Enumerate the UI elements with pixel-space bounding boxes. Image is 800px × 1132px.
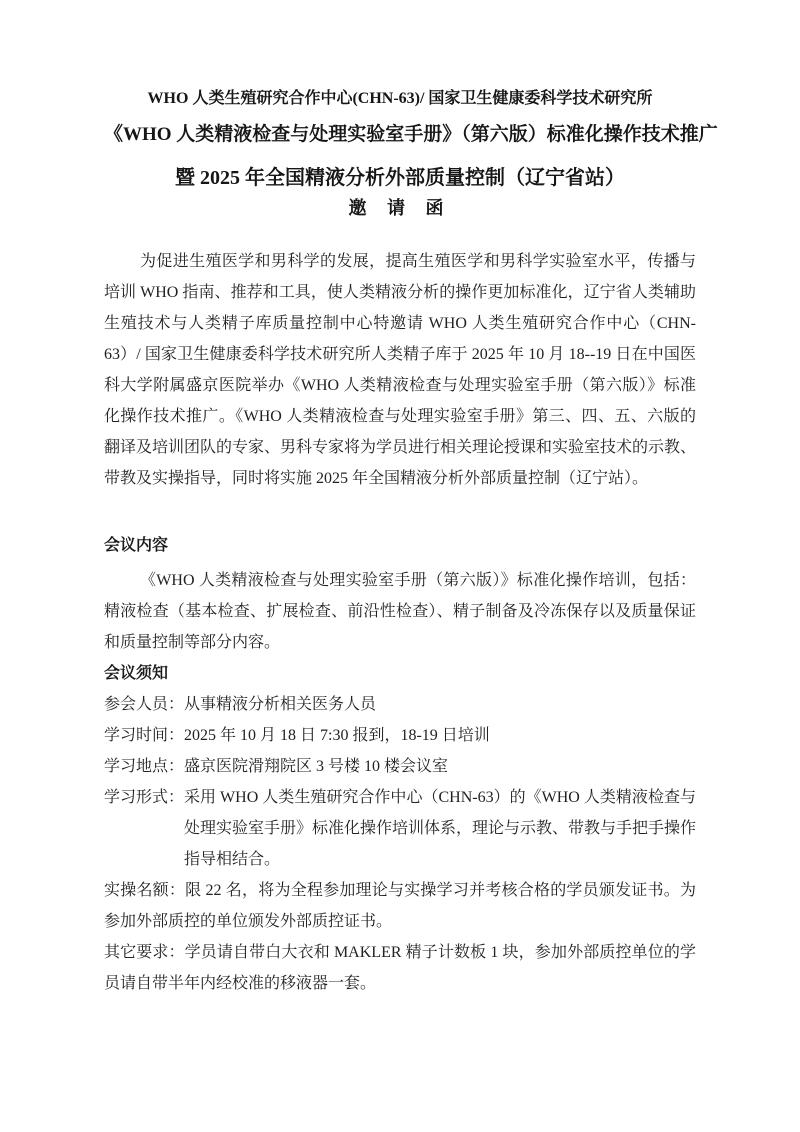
organizer-title: WHO 人类生殖研究合作中心(CHN-63)/ 国家卫生健康委科学技术研究所 — [104, 86, 696, 112]
meeting-content-heading: 会议内容 — [104, 530, 696, 561]
format-item: 学习形式： 采用 WHO 人类生殖研究合作中心（CHN-63）的《WHO 人类精… — [104, 782, 696, 875]
schedule-item: 学习时间：2025 年 10 月 18 日 7:30 报到，18-19 日培训 — [104, 720, 696, 751]
event-title: 暨 2025 年全国精液分析外部质量控制（辽宁省站） — [104, 162, 696, 194]
location-text: 盛京医院滑翔院区 3 号楼 10 楼会议室 — [184, 758, 448, 775]
intro-paragraph: 为促进生殖医学和男科学的发展，提高生殖医学和男科学实验室水平，传播与培训 WHO… — [104, 246, 696, 494]
manual-title: 《WHO 人类精液检查与处理实验室手册》（第六版）标准化操作技术推广 — [104, 120, 696, 150]
title-block: WHO 人类生殖研究合作中心(CHN-63)/ 国家卫生健康委科学技术研究所 《… — [104, 86, 696, 222]
requirements-label: 其它要求： — [104, 944, 185, 961]
attendees-item: 参会人员：从事精液分析相关医务人员 — [104, 689, 696, 720]
location-label: 学习地点： — [104, 758, 184, 775]
schedule-label: 学习时间： — [104, 727, 184, 744]
location-item: 学习地点：盛京医院滑翔院区 3 号楼 10 楼会议室 — [104, 751, 696, 782]
invitation-letter-title: 邀 请 函 — [104, 194, 696, 222]
quota-text: 限 22 名，将为全程参加理论与实操学习并考核合格的学员颁发证书。为参加外部质控… — [104, 882, 696, 930]
notice-list: 参会人员：从事精液分析相关医务人员 学习时间：2025 年 10 月 18 日 … — [104, 689, 696, 999]
attendees-label: 参会人员： — [104, 696, 184, 713]
meeting-notice-heading: 会议须知 — [104, 658, 696, 689]
document-page: WHO 人类生殖研究合作中心(CHN-63)/ 国家卫生健康委科学技术研究所 《… — [0, 0, 800, 1132]
format-text: 采用 WHO 人类生殖研究合作中心（CHN-63）的《WHO 人类精液检查与处理… — [184, 782, 696, 875]
attendees-text: 从事精液分析相关医务人员 — [184, 696, 376, 713]
meeting-content-paragraph: 《WHO 人类精液检查与处理实验室手册（第六版）》标准化操作培训，包括：精液检查… — [104, 565, 696, 658]
quota-item: 实操名额：限 22 名，将为全程参加理论与实操学习并考核合格的学员颁发证书。为参… — [104, 875, 696, 937]
schedule-text: 2025 年 10 月 18 日 7:30 报到，18-19 日培训 — [184, 727, 490, 744]
format-label: 学习形式： — [104, 782, 184, 813]
document-content: WHO 人类生殖研究合作中心(CHN-63)/ 国家卫生健康委科学技术研究所 《… — [0, 0, 800, 999]
requirements-item: 其它要求：学员请自带白大衣和 MAKLER 精子计数板 1 块，参加外部质控单位… — [104, 937, 696, 999]
requirements-text: 学员请自带白大衣和 MAKLER 精子计数板 1 块，参加外部质控单位的学员请自… — [104, 944, 696, 992]
quota-label: 实操名额： — [104, 882, 185, 899]
